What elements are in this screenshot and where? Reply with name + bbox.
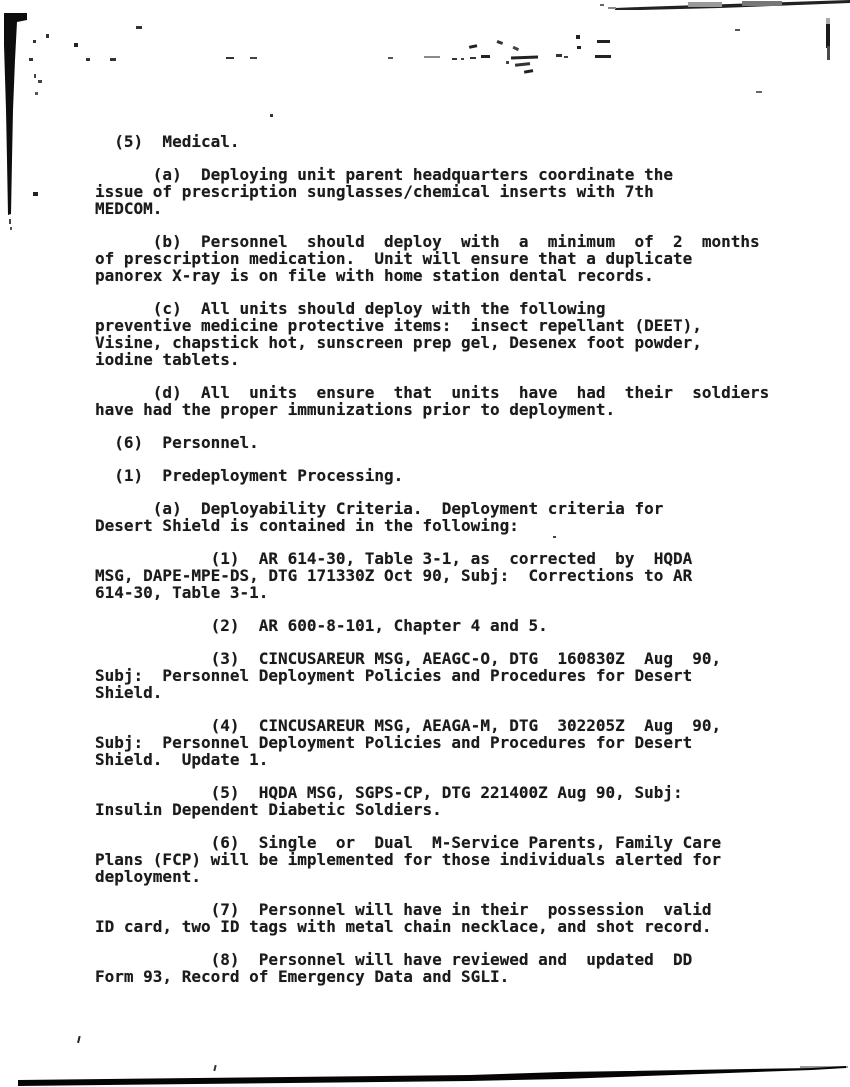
item-6-family-care-plans: (6) Single or Dual M-Service Parents, Fa…	[95, 834, 840, 885]
scan-speck	[33, 192, 38, 196]
scan-speck	[226, 57, 234, 59]
scan-speck	[34, 74, 36, 78]
item-2-ar-600-8-101: (2) AR 600-8-101, Chapter 4 and 5.	[95, 617, 840, 634]
scan-speck	[10, 227, 12, 230]
scan-streak-gray	[742, 1, 782, 6]
paragraph-a-deployability: (a) Deployability Criteria. Deployment c…	[95, 500, 840, 534]
scan-speck	[9, 219, 11, 224]
scan-speck	[250, 57, 257, 59]
scan-speck	[600, 4, 604, 6]
paragraph-b-prescription: (b) Personnel should deploy with a minim…	[95, 233, 840, 284]
item-3-cincusareur-aeagc-o: (3) CINCUSAREUR MSG, AEAGC-O, DTG 160830…	[95, 650, 840, 701]
scan-tick	[213, 1065, 216, 1071]
scan-artifact-right-tick	[826, 24, 830, 48]
paragraph-6-personnel: (6) Personnel.	[95, 434, 840, 451]
scan-streak-gray	[688, 2, 722, 7]
scan-artifact-right-tick	[827, 46, 830, 60]
scan-speck	[506, 61, 509, 64]
scanned-page: (5) Medical. (a) Deploying unit parent h…	[0, 0, 850, 1087]
scan-speck	[110, 58, 116, 61]
scan-speck	[270, 114, 273, 117]
item-1-ar-614-30: (1) AR 614-30, Table 3-1, as corrected b…	[95, 550, 840, 601]
scan-speck	[608, 7, 616, 9]
scan-speck	[38, 80, 42, 83]
scan-speck	[388, 57, 393, 59]
paragraph-5-medical: (5) Medical.	[95, 133, 840, 150]
scan-speck	[756, 91, 762, 93]
item-4-cincusareur-aeaga-m: (4) CINCUSAREUR MSG, AEAGA-M, DTG 302205…	[95, 717, 840, 768]
paragraph-c-preventive: (c) All units should deploy with the fol…	[95, 300, 840, 368]
scan-speck	[424, 56, 440, 58]
scan-speck	[35, 92, 38, 95]
scan-speck	[74, 43, 78, 47]
scan-tick	[77, 1036, 81, 1043]
scan-smudge-cluster	[452, 35, 611, 74]
scan-speck	[735, 29, 740, 31]
item-7-id-card: (7) Personnel will have in their possess…	[95, 901, 840, 935]
scan-artifact-left-bar	[4, 13, 27, 215]
item-8-dd-form-93: (8) Personnel will have reviewed and upd…	[95, 951, 840, 985]
item-5-hqda-insulin: (5) HQDA MSG, SGPS-CP, DTG 221400Z Aug 9…	[95, 784, 840, 818]
paragraph-d-immunizations: (d) All units ensure that units have had…	[95, 384, 840, 418]
scan-speck	[136, 26, 142, 29]
scan-artifact-bottom-line	[18, 1066, 846, 1086]
document-body: (5) Medical. (a) Deploying unit parent h…	[95, 133, 840, 1001]
scan-streak-top-right	[615, 0, 850, 10]
scan-speck	[33, 40, 36, 43]
scan-line-gray-tail	[800, 1066, 848, 1068]
scan-speck	[86, 58, 90, 61]
scan-artifact-right-tick	[826, 18, 830, 25]
paragraph-a-sunglasses: (a) Deploying unit parent headquarters c…	[95, 166, 840, 217]
paragraph-1-predeployment: (1) Predeployment Processing.	[95, 467, 840, 484]
scan-speck	[29, 58, 33, 61]
scan-speck	[46, 34, 49, 38]
